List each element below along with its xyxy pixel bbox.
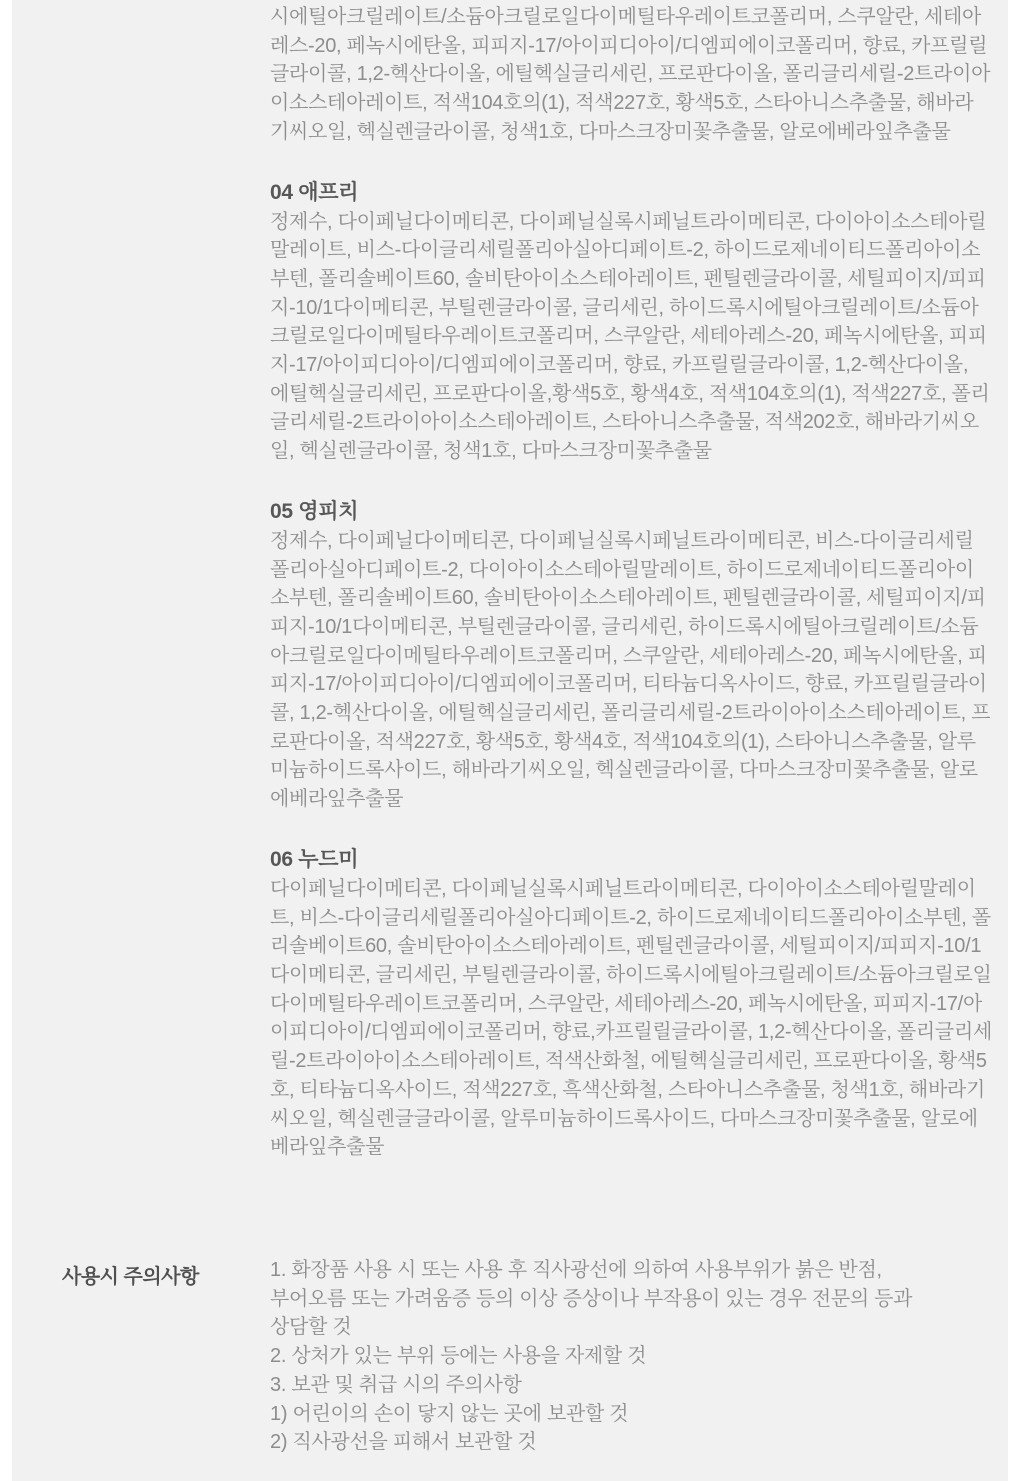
precaution-line-2: 2. 상처가 있는 부위 등에는 사용을 자제할 것 — [270, 1342, 992, 1371]
ingredients-text-column: 시에틸아크릴레이트/소듐아크릴로일다이메틸타우레이트코폴리머, 스쿠알란, 세테… — [270, 3, 992, 1162]
ingredient-list-05-yeongpichi: 정제수, 다이페닐다이메티콘, 다이페닐실록시페닐트라이메티콘, 비스-다이글리… — [270, 527, 992, 814]
precaution-line-1: 1. 화장품 사용 시 또는 사용 후 직사광선에 의하여 사용부위가 붉은 반… — [270, 1256, 992, 1285]
section-title-06-nudeumi: 06 누드미 — [270, 845, 992, 875]
precautions-label: 사용시 주의사항 — [62, 1260, 199, 1289]
ingredient-list-06-nudeumi: 다이페닐다이메티콘, 다이페닐실록시페닐트라이메티콘, 다이아이소스테아릴말레이… — [270, 875, 992, 1162]
precaution-line-1-cont: 부어오름 또는 가려움증 등의 이상 증상이나 부작용이 있는 경우 전문의 등… — [270, 1285, 992, 1314]
ingredient-list-continued: 시에틸아크릴레이트/소듐아크릴로일다이메틸타우레이트코폴리머, 스쿠알란, 세테… — [270, 3, 992, 147]
section-title-04-aepeuri: 04 애프리 — [270, 178, 992, 208]
precaution-storage-2: 2) 직사광선을 피해서 보관할 것 — [270, 1428, 992, 1457]
section-title-05-yeongpichi: 05 영피치 — [270, 497, 992, 527]
precautions-section: 사용시 주의사항 1. 화장품 사용 시 또는 사용 후 직사광선에 의하여 사… — [0, 1256, 1016, 1457]
ingredient-list-04-aepeuri: 정제수, 다이페닐다이메티콘, 다이페닐실록시페닐트라이메티콘, 다이아이소스테… — [270, 208, 992, 466]
precaution-line-1-cont2: 상담할 것 — [270, 1313, 992, 1342]
precautions-list: 1. 화장품 사용 시 또는 사용 후 직사광선에 의하여 사용부위가 붉은 반… — [270, 1256, 992, 1457]
precaution-line-3: 3. 보관 및 취급 시의 주의사항 — [270, 1371, 992, 1400]
precaution-storage-1: 1) 어린이의 손이 닿지 않는 곳에 보관할 것 — [270, 1400, 992, 1429]
product-detail-page: 시에틸아크릴레이트/소듐아크릴로일다이메틸타우레이트코폴리머, 스쿠알란, 세테… — [0, 0, 1016, 1481]
